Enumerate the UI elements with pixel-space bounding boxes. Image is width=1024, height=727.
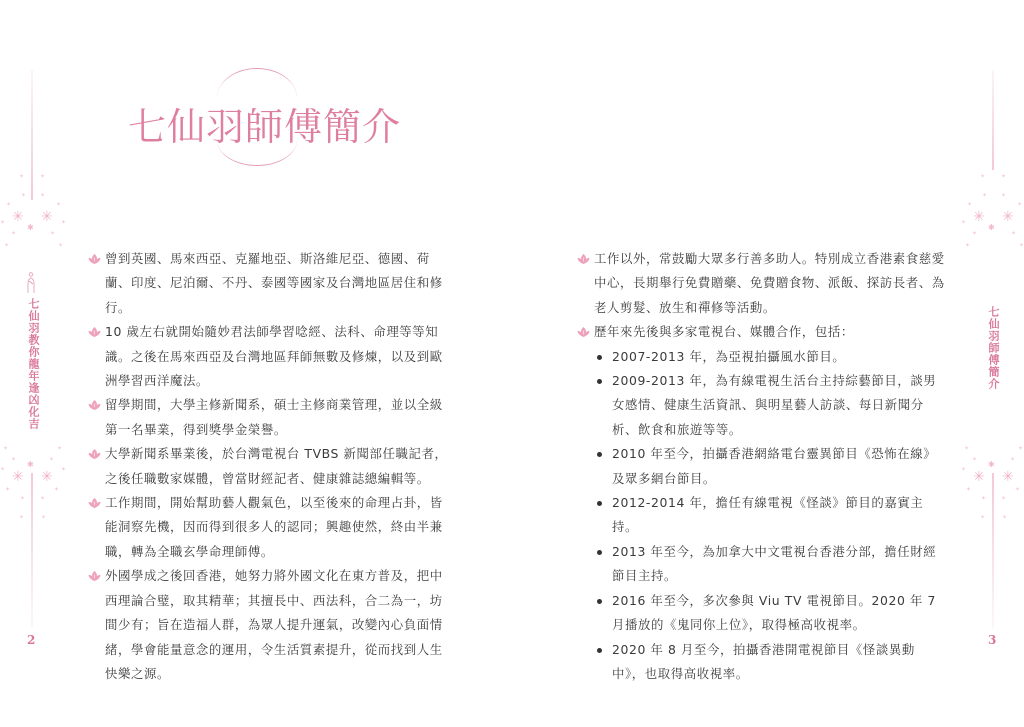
- sub-item-text: 2016 年至今，多次參與 Viu TV 電視節目。2020 年 7 月播放的《…: [612, 589, 947, 638]
- sub-item-text: 2009-2013 年，為有線電視生活台主持綜藝節目，談男女感情、健康生活資訊、…: [612, 369, 947, 442]
- page-number: 3: [988, 633, 996, 647]
- hand-gesture-icon: [24, 272, 38, 294]
- biography-list-right: 工作以外，常鼓勵大眾多行善多助人。特別成立香港素食慈愛中心，長期舉行免費贈藥、免…: [577, 247, 947, 686]
- sub-item-text: 2020 年 8 月至今，拍攝香港開電視節目《怪談異動中》，也取得高收視率。: [612, 638, 947, 687]
- sub-list-item: 2012-2014 年，擔任有線電視《怪談》節目的嘉賓主持。: [577, 491, 947, 540]
- item-text: 工作以外，常鼓勵大眾多行善多助人。特別成立香港素食慈愛中心，長期舉行免費贈藥、免…: [594, 247, 947, 320]
- item-text: 留學期間，大學主修新聞系，碩士主修商業管理，並以全級第一名畢業，得到獎學金榮譽。: [105, 393, 450, 442]
- item-text: 歷年來先後與多家電視台、媒體合作，包括：: [594, 320, 947, 344]
- bullet-dot-icon: [597, 550, 602, 555]
- side-title: 七仙羽教你龍年逢凶化吉: [25, 298, 41, 430]
- sub-item-text: 2007-2013 年，為亞視拍攝風水節目。: [612, 345, 947, 369]
- list-item: 10 歲左右就開始隨妙君法師學習唸經、法科、命理等等知識。之後在馬來西亞及台灣地…: [88, 320, 450, 393]
- title-arc-top: [217, 68, 297, 98]
- lotus-bullet-icon: [88, 448, 101, 460]
- list-item: 歷年來先後與多家電視台、媒體合作，包括：: [577, 320, 947, 344]
- sub-item-text: 2012-2014 年，擔任有線電視《怪談》節目的嘉賓主持。: [612, 491, 947, 540]
- lotus-bullet-icon: [88, 399, 101, 411]
- sub-item-text: 2013 年至今，為加拿大中文電視台香港分部，擔任財經節目主持。: [612, 540, 947, 589]
- lotus-bullet-icon: [88, 570, 101, 582]
- decorative-line-top: [31, 70, 33, 200]
- list-item: 曾到英國、馬來西亞、克羅地亞、斯洛維尼亞、德國、荷蘭、印度、尼泊爾、不丹、泰國等…: [88, 247, 450, 320]
- bullet-dot-icon: [597, 648, 602, 653]
- sub-item-text: 2010 年至今，拍攝香港網絡電台靈異節目《恐怖在線》及眾多網台節目。: [612, 442, 947, 491]
- list-item: 工作期間，開始幫助藝人觀氣色，以至後來的命理占卦，皆能洞察先機，因而得到很多人的…: [88, 491, 450, 564]
- item-text: 10 歲左右就開始隨妙君法師學習唸經、法科、命理等等知識。之後在馬來西亞及台灣地…: [105, 320, 450, 393]
- page-number: 2: [27, 633, 35, 647]
- decorative-line-bottom: [992, 473, 994, 628]
- sub-list-item: 2010 年至今，拍攝香港網絡電台靈異節目《恐怖在線》及眾多網台節目。: [577, 442, 947, 491]
- left-page: ✦ ✦ ✦ ✦ ✦ ✦ ✳ ✳ ✦ ✦ ✱ ✦ ✦ ✦ ✦ 七仙羽師傅簡介 七仙…: [0, 0, 512, 727]
- list-item: 大學新聞系畢業後，於台灣電視台 TVBS 新聞部任職記者，之後任職數家媒體，曾當…: [88, 442, 450, 491]
- decorative-line-top: [992, 70, 994, 170]
- bullet-dot-icon: [597, 501, 602, 506]
- lotus-bullet-icon: [88, 253, 101, 265]
- side-title: 七仙羽師傅簡介: [985, 306, 1001, 390]
- lotus-bullet-icon: [577, 326, 590, 338]
- list-item: 留學期間，大學主修新聞系，碩士主修商業管理，並以全級第一名畢業，得到獎學金榮譽。: [88, 393, 450, 442]
- item-text: 工作期間，開始幫助藝人觀氣色，以至後來的命理占卦，皆能洞察先機，因而得到很多人的…: [105, 491, 450, 564]
- bullet-dot-icon: [597, 452, 602, 457]
- decorative-line-bottom: [31, 473, 33, 628]
- item-text: 大學新聞系畢業後，於台灣電視台 TVBS 新聞部任職記者，之後任職數家媒體，曾當…: [105, 442, 450, 491]
- lotus-bullet-icon: [88, 497, 101, 509]
- item-text: 曾到英國、馬來西亞、克羅地亞、斯洛維尼亞、德國、荷蘭、印度、尼泊爾、不丹、泰國等…: [105, 247, 450, 320]
- title-block: 七仙羽師傅簡介: [120, 68, 420, 168]
- title-arc-bottom: [217, 140, 297, 166]
- bullet-dot-icon: [597, 379, 602, 384]
- list-item: 工作以外，常鼓勵大眾多行善多助人。特別成立香港素食慈愛中心，長期舉行免費贈藥、免…: [577, 247, 947, 320]
- lotus-bullet-icon: [88, 326, 101, 338]
- bullet-dot-icon: [597, 355, 602, 360]
- sub-list-item: 2020 年 8 月至今，拍攝香港開電視節目《怪談異動中》，也取得高收視率。: [577, 638, 947, 687]
- sub-list-item: 2009-2013 年，為有線電視生活台主持綜藝節目，談男女感情、健康生活資訊、…: [577, 369, 947, 442]
- sub-list-item: 2016 年至今，多次參與 Viu TV 電視節目。2020 年 7 月播放的《…: [577, 589, 947, 638]
- sub-list-item: 2013 年至今，為加拿大中文電視台香港分部，擔任財經節目主持。: [577, 540, 947, 589]
- biography-list-left: 曾到英國、馬來西亞、克羅地亞、斯洛維尼亞、德國、荷蘭、印度、尼泊爾、不丹、泰國等…: [88, 247, 450, 686]
- bullet-dot-icon: [597, 599, 602, 604]
- item-text: 外國學成之後回香港，她努力將外國文化在東方普及，把中西理論合璧，取其精華；其擅長…: [105, 564, 450, 686]
- right-page: ✦ ✦ ✦ ✦ ✦ ✦ ✳ ✳ ✦ ✱ ✦ ✦ ✦ ✦ 七仙羽師傅簡介 ✦ ✦ …: [512, 0, 1024, 727]
- list-item: 外國學成之後回香港，她努力將外國文化在東方普及，把中西理論合璧，取其精華；其擅長…: [88, 564, 450, 686]
- sub-list-item: 2007-2013 年，為亞視拍攝風水節目。: [577, 345, 947, 369]
- lotus-bullet-icon: [577, 253, 590, 265]
